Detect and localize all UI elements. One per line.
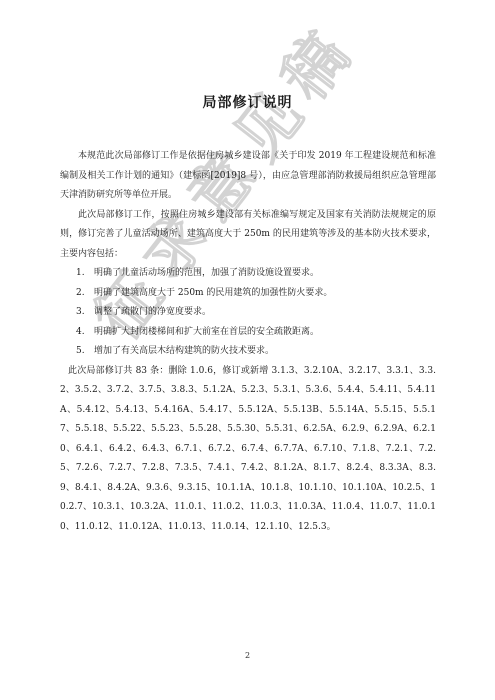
list-item: 3.调整了疏散门的净宽度要求。 [60, 303, 436, 323]
intro-paragraph: 本规范此次局部修订工作是依据住房城乡建设部《关于印发 2019 年工程建设规范和… [60, 147, 436, 206]
list-item: 1.明确了儿童活动场所的范围，加强了消防设施设置要求。 [60, 264, 436, 284]
content-list: 1.明确了儿童活动场所的范围，加强了消防设施设置要求。 2.明确了建筑高度大于 … [60, 264, 436, 362]
list-item: 2.明确了建筑高度大于 250m 的民用建筑的加强性防火要求。 [60, 284, 436, 304]
revision-clauses-paragraph: 此次局部修订共 83 条：删除 1.0.6，修订或新增 3.1.3、3.2.10… [60, 362, 436, 538]
list-item: 5.增加了有关高层木结构建筑的防火技术要求。 [60, 342, 436, 362]
list-item: 4.明确扩大封闭楼梯间和扩大前室在首层的安全疏散距离。 [60, 323, 436, 343]
document-page: 征求意见稿 局部修订说明 本规范此次局部修订工作是依据住房城乡建设部《关于印发 … [0, 0, 495, 700]
document-body: 本规范此次局部修订工作是依据住房城乡建设部《关于印发 2019 年工程建设规范和… [60, 147, 436, 537]
page-title: 局部修订说明 [0, 92, 495, 112]
page-number: 2 [0, 651, 495, 660]
principles-paragraph: 此次局部修订工作，按照住房城乡建设部有关标准编写规定及国家有关消防法规规定的原则… [60, 206, 436, 265]
